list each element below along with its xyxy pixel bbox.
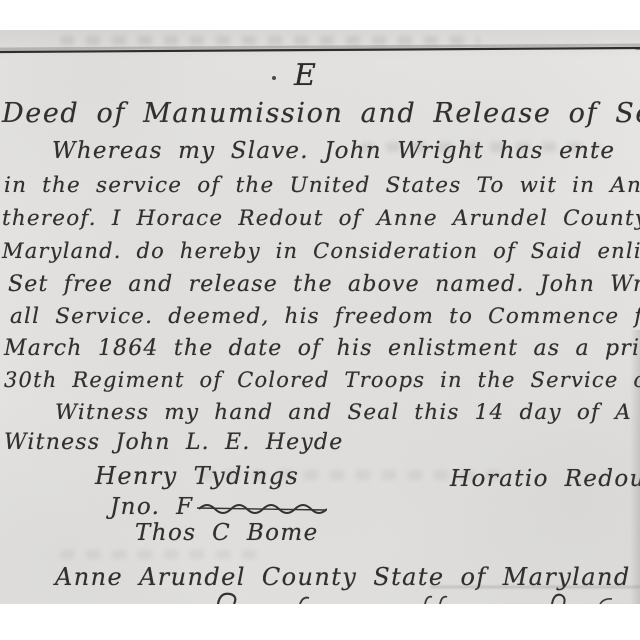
bleedthrough-smudge <box>60 36 480 45</box>
body-line: Whereas my Slave. John Wright has ente <box>52 138 615 164</box>
page-letter-mark: E <box>294 58 316 93</box>
body-line: all Service. deemed, his freedom to Comm… <box>10 304 640 329</box>
body-line: March 1864 the date of his enlistment as… <box>4 336 640 361</box>
body-line: Set free and release the above named. Jo… <box>8 272 640 297</box>
document-title: Deed of Manumission and Release of Servi… <box>2 98 640 129</box>
scan-edge-shadow <box>630 330 640 604</box>
signature-witness-2-text: Jno. F <box>110 494 193 520</box>
pen-tick-mark: ’ <box>326 30 333 43</box>
scanned-manuscript-page: ’ E Deed of Manumission and Release of S… <box>0 0 640 640</box>
signature-witness-2: Jno. F <box>110 494 327 520</box>
body-line: Witness my hand and Seal this 14 day of … <box>55 400 632 425</box>
body-line: Maryland. do hereby in Consideration of … <box>2 239 640 263</box>
strikethrough-scribble <box>197 499 327 517</box>
body-line: 30th Regiment of Colored Troops in the S… <box>4 368 640 392</box>
signature-principal: Horatio Redout <box>450 466 640 492</box>
body-line: in the service of the United States To w… <box>4 173 640 198</box>
scan-streak <box>430 586 640 588</box>
cutoff-line-fragments <box>0 590 640 604</box>
signature-witness-3: Thos C Bome <box>135 520 319 546</box>
ink-dot <box>272 76 276 80</box>
bleedthrough-smudge <box>60 550 260 559</box>
body-line: thereof. I Horace Redout of Anne Arundel… <box>2 206 640 231</box>
signature-witness-1: Henry Tydings <box>95 462 299 490</box>
paper-scan-area: ’ E Deed of Manumission and Release of S… <box>0 30 640 604</box>
witness-line: Witness John L. E. Heyde <box>4 430 343 455</box>
